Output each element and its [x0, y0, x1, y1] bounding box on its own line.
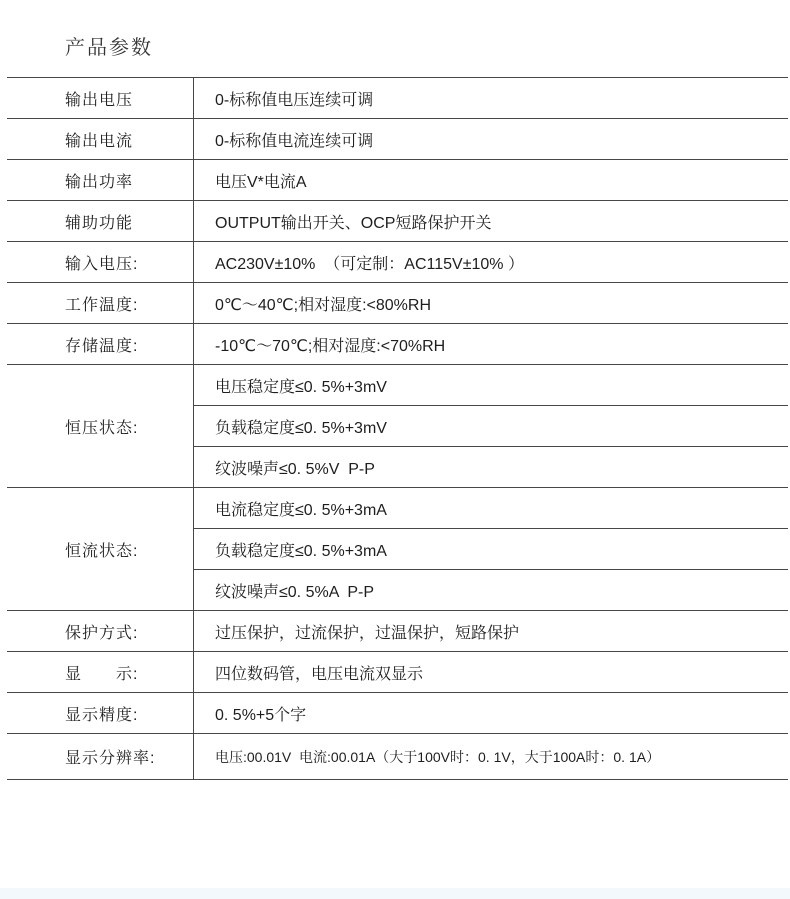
- group-value-item: 负载稳定度≤0. 5%+3mA: [194, 529, 788, 570]
- table-row: 显示精度: 0. 5%+5个字: [7, 693, 788, 734]
- table-row: 辅助功能 OUTPUT输出开关、OCP短路保护开关: [7, 201, 788, 242]
- row-value: 四位数码管，电压电流双显示: [194, 652, 788, 692]
- table-row: 输出电压 0-标称值电压连续可调: [7, 78, 788, 119]
- group-label: 恒流状态:: [7, 488, 194, 610]
- row-label: 辅助功能: [7, 201, 194, 241]
- product-parameters-page: 产品参数 输出电压 0-标称值电压连续可调 输出电流 0-标称值电流连续可调 输…: [0, 0, 790, 899]
- row-label: 保护方式:: [7, 611, 194, 651]
- group-label: 恒压状态:: [7, 365, 194, 487]
- table-row: 显示分辨率: 电压:00.01V 电流:00.01A（大于100V时：0. 1V…: [7, 734, 788, 780]
- table-row: 输出电流 0-标称值电流连续可调: [7, 119, 788, 160]
- row-value: 0-标称值电压连续可调: [194, 78, 788, 118]
- row-value: 电压:00.01V 电流:00.01A（大于100V时：0. 1V，大于100A…: [194, 734, 788, 779]
- row-label: 显示分辨率:: [7, 734, 194, 779]
- group-value-item: 负载稳定度≤0. 5%+3mV: [194, 406, 788, 447]
- table-row: 工作温度: 0℃～40℃;相对湿度:<80%RH: [7, 283, 788, 324]
- row-value: OUTPUT输出开关、OCP短路保护开关: [194, 201, 788, 241]
- row-label: 工作温度:: [7, 283, 194, 323]
- group-value-item: 电压稳定度≤0. 5%+3mV: [194, 365, 788, 406]
- group-value-item: 电流稳定度≤0. 5%+3mA: [194, 488, 788, 529]
- row-value: 电压V*电流A: [194, 160, 788, 200]
- row-label: 显 示:: [7, 652, 194, 692]
- group-value-list: 电压稳定度≤0. 5%+3mV 负载稳定度≤0. 5%+3mV 纹波噪声≤0. …: [194, 365, 788, 487]
- group-value-item: 纹波噪声≤0. 5%V P-P: [194, 447, 788, 487]
- row-value: AC230V±10% （可定制：AC115V±10% ）: [194, 242, 788, 282]
- row-label: 显示精度:: [7, 693, 194, 733]
- row-label: 输出电流: [7, 119, 194, 159]
- group-value-list: 电流稳定度≤0. 5%+3mA 负载稳定度≤0. 5%+3mA 纹波噪声≤0. …: [194, 488, 788, 610]
- table-row: 输入电压: AC230V±10% （可定制：AC115V±10% ）: [7, 242, 788, 283]
- table-group-row: 恒压状态: 电压稳定度≤0. 5%+3mV 负载稳定度≤0. 5%+3mV 纹波…: [7, 365, 788, 488]
- row-value: 0. 5%+5个字: [194, 693, 788, 733]
- table-row: 保护方式: 过压保护，过流保护，过温保护，短路保护: [7, 611, 788, 652]
- row-label: 存储温度:: [7, 324, 194, 364]
- footer-band: [0, 888, 790, 899]
- spec-table: 输出电压 0-标称值电压连续可调 输出电流 0-标称值电流连续可调 输出功率 电…: [7, 77, 788, 780]
- row-value: -10℃～70℃;相对湿度:<70%RH: [194, 324, 788, 364]
- row-value: 过压保护，过流保护，过温保护，短路保护: [194, 611, 788, 651]
- row-label: 输出电压: [7, 78, 194, 118]
- group-value-item: 纹波噪声≤0. 5%A P-P: [194, 570, 788, 610]
- row-label: 输入电压:: [7, 242, 194, 282]
- row-value: 0-标称值电流连续可调: [194, 119, 788, 159]
- table-group-row: 恒流状态: 电流稳定度≤0. 5%+3mA 负载稳定度≤0. 5%+3mA 纹波…: [7, 488, 788, 611]
- table-row: 存储温度: -10℃～70℃;相对湿度:<70%RH: [7, 324, 788, 365]
- row-label: 输出功率: [7, 160, 194, 200]
- table-row: 输出功率 电压V*电流A: [7, 160, 788, 201]
- table-row: 显 示: 四位数码管，电压电流双显示: [7, 652, 788, 693]
- row-value: 0℃～40℃;相对湿度:<80%RH: [194, 283, 788, 323]
- page-title: 产品参数: [65, 31, 153, 60]
